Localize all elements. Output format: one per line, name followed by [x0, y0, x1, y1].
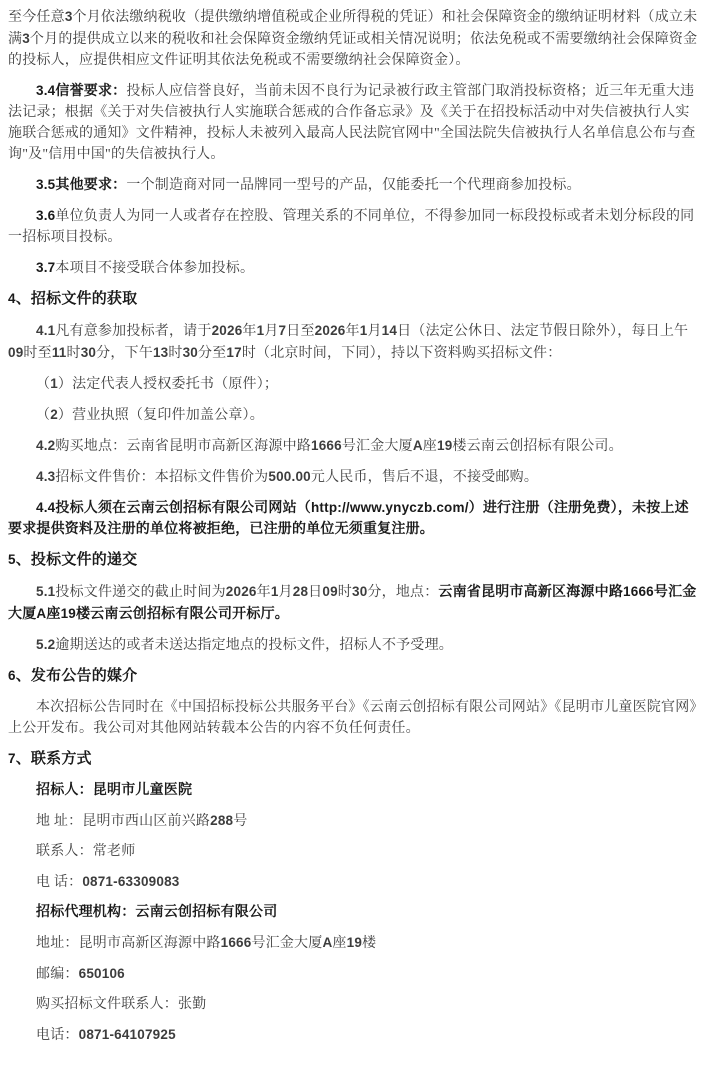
latin-digit-run: 17 — [226, 345, 241, 360]
para-3-5-other-requirement-text-0: 3.5其他要求： — [36, 178, 126, 193]
heading-5-bid-submission: 5、投标文件的递交 — [8, 549, 702, 571]
latin-digit-run: 09 — [8, 345, 23, 360]
latin-digit-run: 4.1 — [36, 323, 55, 338]
latin-digit-run: 19 — [347, 935, 362, 950]
para-3-4-credit-requirement-text-0: 3.4信誉要求： — [36, 84, 126, 99]
contact-agency-address: 地址：昆明市高新区海源中路1666号汇金大厦A座19楼 — [8, 932, 702, 954]
latin-digit-run: A — [322, 935, 332, 950]
para-5-1-submission-deadline: 5.1投标文件递交的截止时间为2026年1月28日09时30分，地点：云南省昆明… — [8, 581, 702, 625]
latin-digit-run: 1666 — [311, 438, 342, 453]
latin-digit-run: 1 — [271, 584, 279, 599]
heading-7-contact-info-text-0: 7、联系方式 — [8, 751, 92, 767]
latin-digit-run: 500.00 — [268, 469, 311, 484]
para-3-7-no-consortium-text-1: 本项目不接受联合体参加投标。 — [55, 261, 254, 276]
latin-digit-run: 7 — [279, 323, 287, 338]
contact-tenderer-address-text-0: 地 址：昆明市西山区前兴路288号 — [36, 814, 247, 829]
heading-5-bid-submission-text-0: 5、投标文件的递交 — [8, 552, 137, 568]
latin-digit-run: 4.4 — [36, 500, 55, 515]
para-6-media-list-text-0: 本次招标公告同时在《中国招标投标公共服务平台》《云南云创招标有限公司网站》《昆明… — [8, 700, 697, 736]
para-5-1-submission-deadline-text-0: 5.1投标文件递交的截止时间为2026年1月28日09时30分，地点： — [36, 585, 438, 600]
latin-digit-run: 30 — [81, 345, 96, 360]
contact-tenderer-phone-text-0: 电 话：0871-63309083 — [36, 875, 180, 890]
contact-agency-name: 招标代理机构：云南云创招标有限公司 — [8, 902, 702, 923]
latin-digit-run: 4 — [8, 291, 16, 306]
latin-digit-run: 3.4 — [36, 83, 55, 98]
latin-digit-run: 0871-64107925 — [79, 1027, 176, 1042]
list-item-1-authorization-letter: （1）法定代表人授权委托书（原件）； — [8, 373, 702, 395]
contact-document-purchase-person: 购买招标文件联系人：张勤 — [8, 994, 702, 1015]
para-3-6-same-responsible-person-text-1: 单位负责人为同一人或者存在控股、管理关系的不同单位，不得参加同一标段投标或者未划… — [8, 209, 694, 245]
para-3-7-no-consortium-text-0: 3.7 — [36, 261, 55, 276]
latin-digit-run: A — [36, 606, 46, 621]
latin-digit-run: 7 — [8, 751, 16, 766]
para-4-1-purchase-time-text-0: 4.1凡有意参加投标者，请于2026年1月7日至2026年1月14日（法定公休日… — [8, 324, 688, 361]
para-4-2-purchase-address-text-0: 4.2购买地点：云南省昆明市高新区海源中路1666号汇金大厦A座19楼云南云创招… — [36, 439, 623, 454]
latin-digit-run: 5.2 — [36, 637, 55, 652]
para-4-1-purchase-time: 4.1凡有意参加投标者，请于2026年1月7日至2026年1月14日（法定公休日… — [8, 320, 702, 364]
latin-digit-run: 19 — [61, 606, 76, 621]
latin-digit-run: 3.5 — [36, 177, 55, 192]
latin-digit-run: 3.7 — [36, 260, 55, 275]
contact-agency-address-text-0: 地址：昆明市高新区海源中路1666号汇金大厦A座19楼 — [36, 936, 376, 951]
contact-tenderer-address: 地 址：昆明市西山区前兴路288号 — [8, 810, 702, 832]
latin-digit-run: 5.1 — [36, 584, 55, 599]
list-item-2-business-license-text-0: （2）营业执照（复印件加盖公章）。 — [36, 408, 264, 423]
latin-digit-run: 3 — [65, 9, 73, 24]
heading-4-obtain-bid-documents-text-0: 4、招标文件的获取 — [8, 291, 137, 307]
contact-tenderer-phone: 电 话：0871-63309083 — [8, 871, 702, 893]
latin-digit-run: 2026 — [212, 323, 243, 338]
para-5-2-late-submission: 5.2逾期送达的或者未送达指定地点的投标文件，招标人不予受理。 — [8, 634, 702, 656]
latin-digit-run: 19 — [437, 438, 452, 453]
heading-7-contact-info: 7、联系方式 — [8, 748, 702, 770]
document-body: 至今任意3个月依法缴纳税收（提供缴纳增值税或企业所得税的凭证）和社会保障资金的缴… — [0, 0, 712, 1065]
latin-digit-run: 1666 — [221, 935, 252, 950]
page: { "page": { "background": "#ffffff", "te… — [0, 0, 712, 1065]
latin-digit-run: 14 — [382, 323, 397, 338]
contact-tenderer-person-text-0: 联系人：常老师 — [36, 844, 135, 859]
latin-digit-run: 13 — [153, 345, 168, 360]
para-6-media-list: 本次招标公告同时在《中国招标投标公共服务平台》《云南云创招标有限公司网站》《昆明… — [8, 697, 702, 739]
latin-digit-run: 1 — [360, 323, 368, 338]
contact-tenderer-name-text-0: 招标人：昆明市儿童医院 — [36, 783, 192, 798]
para-4-3-document-price: 4.3招标文件售价：本招标文件售价为500.00元人民币，售后不退，不接受邮购。 — [8, 466, 702, 488]
latin-digit-run: 09 — [322, 584, 337, 599]
contact-document-purchase-phone-text-0: 电话：0871-64107925 — [36, 1028, 176, 1043]
contact-agency-name-text-0: 招标代理机构：云南云创招标有限公司 — [36, 905, 277, 920]
latin-digit-run: 0871-63309083 — [82, 874, 179, 889]
latin-digit-run: 5 — [8, 552, 16, 567]
latin-digit-run: 650106 — [79, 966, 125, 981]
para-3-6-same-responsible-person-text-0: 3.6 — [36, 209, 55, 224]
contact-agency-zipcode-text-0: 邮编：650106 — [36, 967, 125, 982]
para-3-7-no-consortium: 3.7本项目不接受联合体参加投标。 — [8, 257, 702, 279]
latin-digit-run: A — [413, 438, 423, 453]
latin-digit-run: 1 — [257, 323, 265, 338]
latin-digit-run: 30 — [352, 584, 367, 599]
latin-digit-run: 3.6 — [36, 208, 55, 223]
para-5-2-late-submission-text-0: 5.2逾期送达的或者未送达指定地点的投标文件，招标人不予受理。 — [36, 638, 453, 653]
latin-digit-run: 6 — [8, 668, 16, 683]
latin-digit-run: 1666 — [623, 584, 654, 599]
para-3-6-same-responsible-person: 3.6单位负责人为同一人或者存在控股、管理关系的不同单位，不得参加同一标段投标或… — [8, 205, 702, 248]
latin-digit-run: 2026 — [226, 584, 257, 599]
para-4-4-website-registration: 4.4投标人须在云南云创招标有限公司网站（http://www.ynyczb.c… — [8, 497, 702, 540]
latin-digit-run: 3 — [22, 31, 30, 46]
contact-agency-zipcode: 邮编：650106 — [8, 963, 702, 985]
latin-digit-run: 11 — [52, 345, 67, 360]
para-4-3-document-price-text-0: 4.3招标文件售价：本招标文件售价为500.00元人民币，售后不退，不接受邮购。 — [36, 470, 538, 485]
heading-6-announcement-media-text-0: 6、发布公告的媒介 — [8, 668, 137, 684]
latin-digit-run: 288 — [210, 813, 233, 828]
latin-digit-run: 2 — [50, 407, 58, 422]
latin-digit-run: 28 — [293, 584, 308, 599]
para-4-2-purchase-address: 4.2购买地点：云南省昆明市高新区海源中路1666号汇金大厦A座19楼云南云创招… — [8, 435, 702, 457]
para-3-4-credit-requirement: 3.4信誉要求：投标人应信誉良好，当前未因不良行为记录被行政主管部门取消投标资格… — [8, 80, 702, 165]
para-4-4-website-registration-text-0: 4.4投标人须在云南云创招标有限公司网站（http://www.ynyczb.c… — [8, 501, 689, 537]
heading-4-obtain-bid-documents: 4、招标文件的获取 — [8, 288, 702, 310]
heading-6-announcement-media: 6、发布公告的媒介 — [8, 665, 702, 687]
para-tax-social-security-continuation: 至今任意3个月依法缴纳税收（提供缴纳增值税或企业所得税的凭证）和社会保障资金的缴… — [8, 6, 702, 71]
para-3-5-other-requirement-text-1: 一个制造商对同一品牌同一型号的产品，仅能委托一个代理商参加投标。 — [126, 178, 580, 193]
latin-digit-run: 30 — [183, 345, 198, 360]
latin-digit-run: 1 — [50, 376, 58, 391]
contact-document-purchase-phone: 电话：0871-64107925 — [8, 1024, 702, 1046]
contact-tenderer-name: 招标人：昆明市儿童医院 — [8, 780, 702, 801]
latin-digit-run: 4.3 — [36, 469, 55, 484]
latin-digit-run: 2026 — [315, 323, 346, 338]
contact-tenderer-person: 联系人：常老师 — [8, 841, 702, 862]
list-item-1-authorization-letter-text-0: （1）法定代表人授权委托书（原件）； — [36, 377, 278, 392]
contact-document-purchase-person-text-0: 购买招标文件联系人：张勤 — [36, 997, 206, 1012]
latin-digit-run: 4.2 — [36, 438, 55, 453]
latin-digit-run: http://www.ynyczb.com/ — [311, 500, 469, 515]
para-tax-social-security-continuation-text-0: 至今任意3个月依法缴纳税收（提供缴纳增值税或企业所得税的凭证）和社会保障资金的缴… — [8, 10, 697, 68]
para-3-5-other-requirement: 3.5其他要求：一个制造商对同一品牌同一型号的产品，仅能委托一个代理商参加投标。 — [8, 174, 702, 196]
list-item-2-business-license: （2）营业执照（复印件加盖公章）。 — [8, 404, 702, 426]
